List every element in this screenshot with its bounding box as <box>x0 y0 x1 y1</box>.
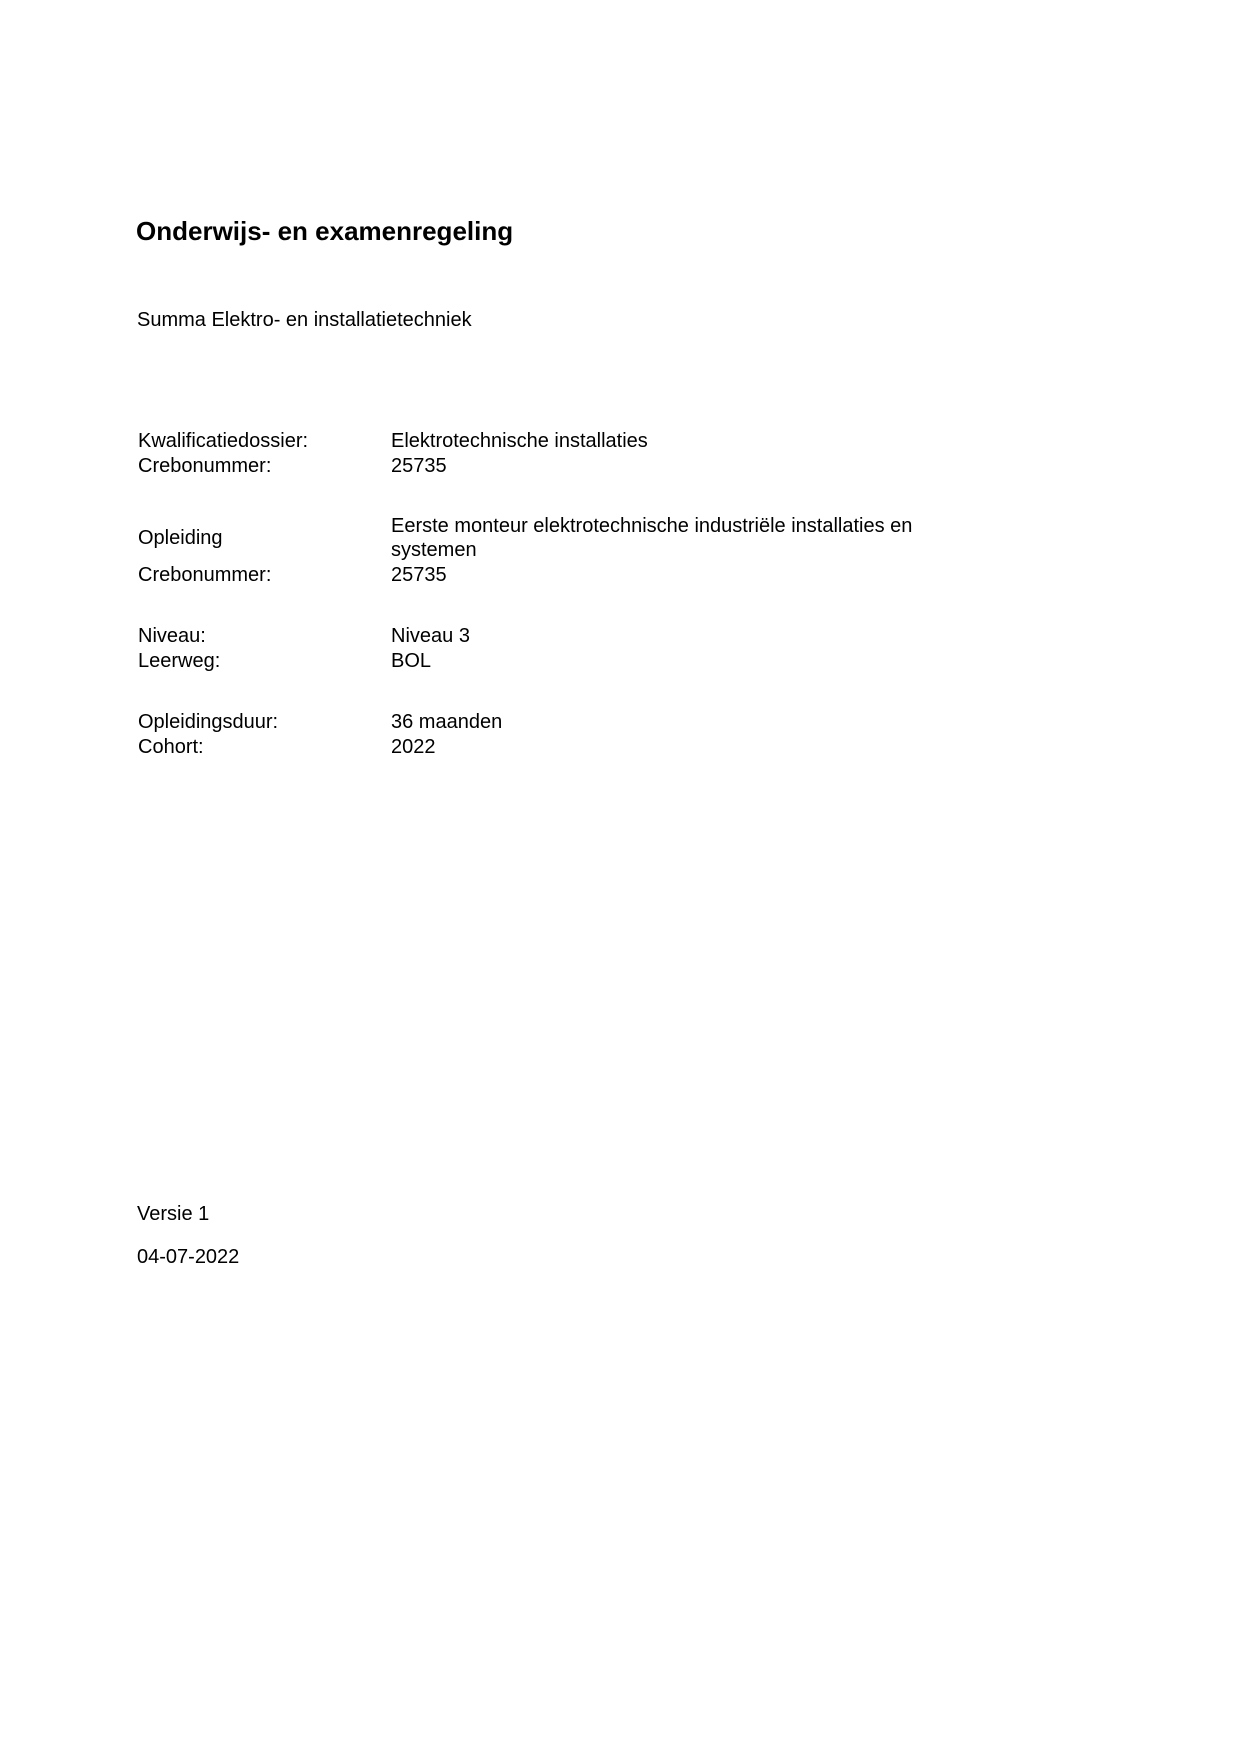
field-value: 36 maanden <box>391 710 502 735</box>
page-title: Onderwijs- en examenregeling <box>136 218 513 244</box>
version-label: Versie 1 <box>137 1204 209 1224</box>
field-label: Niveau: <box>138 624 206 649</box>
field-label: Crebonummer: <box>138 454 271 479</box>
field-value: 25735 <box>391 563 447 588</box>
field-label: Leerweg: <box>138 649 220 674</box>
field-value: Niveau 3 <box>391 624 470 649</box>
document-date: 04-07-2022 <box>137 1247 239 1267</box>
field-value: 25735 <box>391 454 447 479</box>
field-label: Crebonummer: <box>138 563 271 588</box>
field-label: Opleiding <box>138 526 223 551</box>
field-value: BOL <box>391 649 431 674</box>
field-label: Kwalificatiedossier: <box>138 429 308 454</box>
field-label: Cohort: <box>138 735 204 760</box>
field-label: Opleidingsduur: <box>138 710 278 735</box>
organization-name: Summa Elektro- en installatietechniek <box>137 310 472 330</box>
field-value: Elektrotechnische installaties <box>391 429 648 454</box>
field-value: 2022 <box>391 735 436 760</box>
field-value-line2: systemen <box>391 538 477 563</box>
field-value-line1: Eerste monteur elektrotechnische industr… <box>391 514 912 539</box>
